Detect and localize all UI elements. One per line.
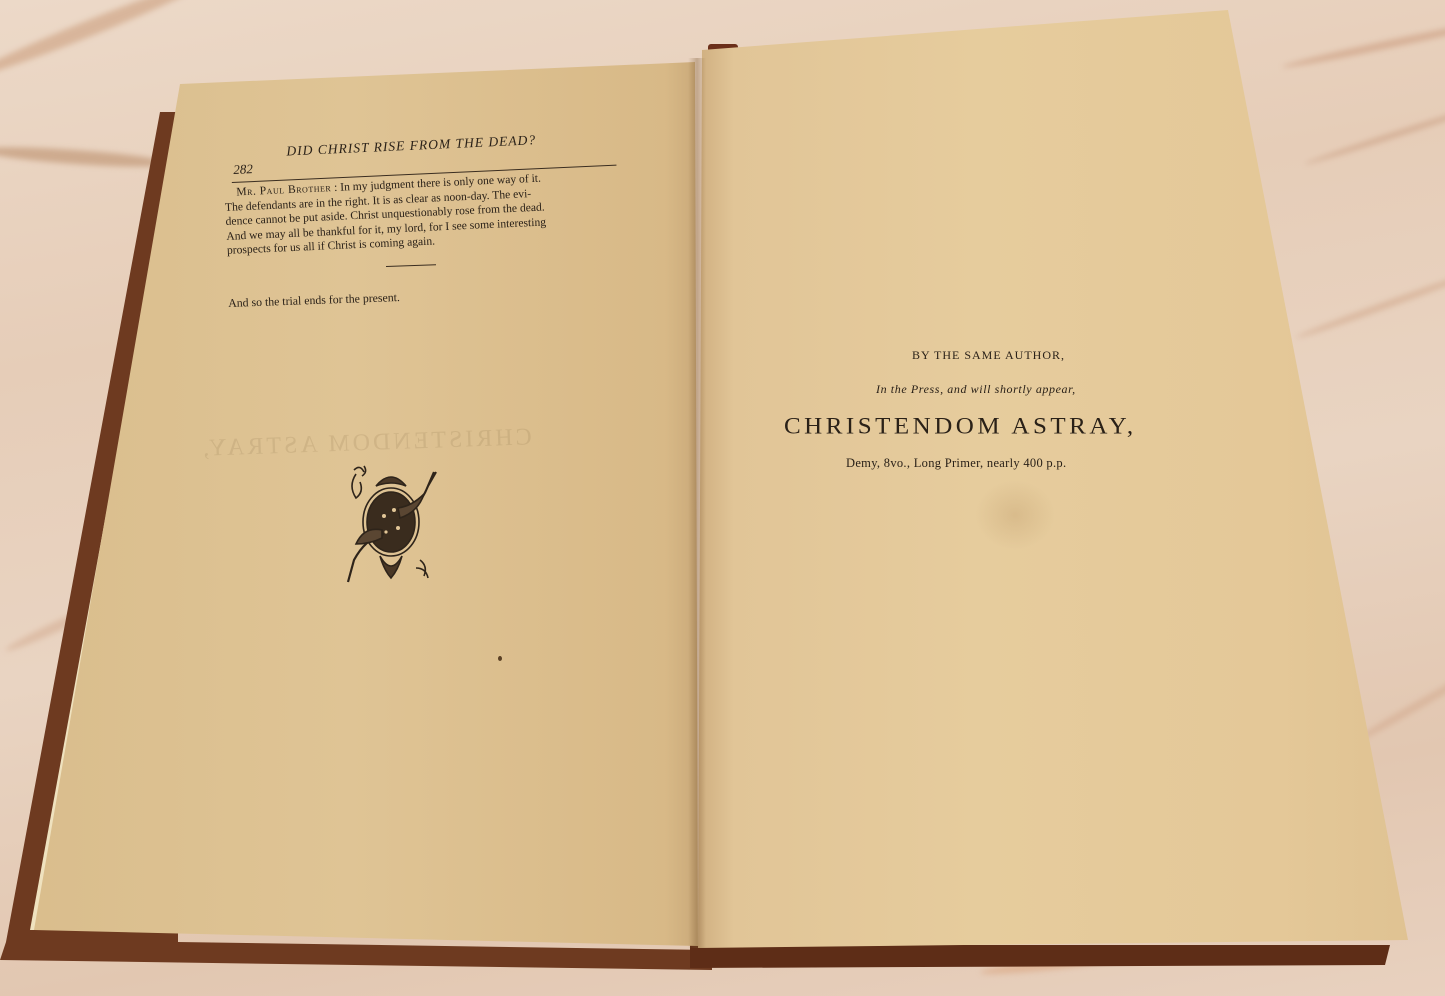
marble-vein bbox=[1304, 99, 1445, 167]
book-specifications: Demy, 8vo., Long Primer, nearly 400 p.p. bbox=[846, 456, 1066, 471]
advertised-book-title: CHRISTENDOM ASTRAY, bbox=[784, 414, 1137, 440]
ornament-vignette-icon bbox=[336, 456, 446, 586]
book-gutter bbox=[688, 58, 706, 948]
marble-vein bbox=[1295, 266, 1445, 341]
page-number: 282 bbox=[233, 161, 253, 178]
paper-speck bbox=[498, 656, 502, 661]
marble-vein bbox=[0, 143, 170, 170]
by-same-author-heading: BY THE SAME AUTHOR, bbox=[912, 348, 1065, 363]
right-page bbox=[690, 0, 1420, 950]
paper-stain bbox=[975, 480, 1055, 550]
marble-vein bbox=[1282, 17, 1445, 71]
announcement-line: In the Press, and will shortly appear, bbox=[876, 382, 1076, 397]
marble-vein bbox=[0, 0, 214, 84]
